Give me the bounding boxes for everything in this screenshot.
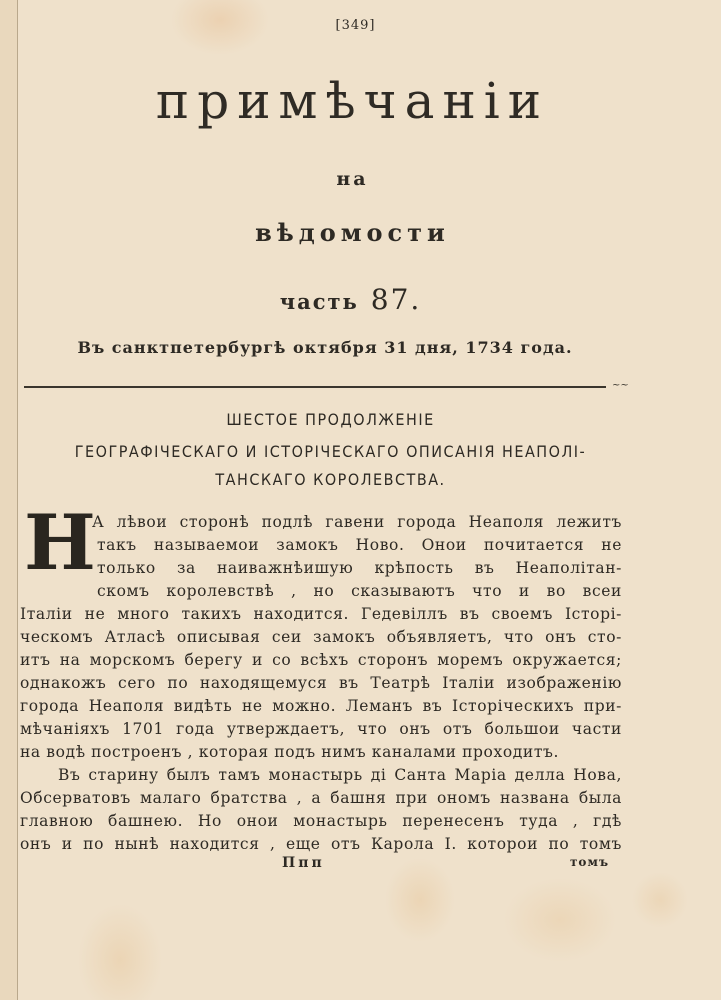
body-line: Обсерватовъ малаго братства , а башня пр… [20, 789, 622, 807]
body-line: ческомъ Атласѣ описывая сеи замокъ объяв… [20, 628, 622, 646]
drop-cap: Н [24, 510, 96, 576]
section-heading-line-3: ТАНСКАГО КОРОЛЕВСТВА. [20, 470, 641, 489]
body-line: скомъ королевствѣ , но сказываютъ что и … [97, 582, 622, 600]
part-number: 87. [371, 283, 422, 316]
catchword: томъ [570, 855, 609, 869]
body-line: итъ на морскомъ берегу и со всѣхъ сторон… [20, 651, 622, 669]
body-line: А лѣвои сторонѣ подлѣ гавени города Неап… [92, 513, 622, 531]
rule-ornament: ~~ [612, 380, 629, 391]
page-title: примѣчанiи [0, 72, 713, 130]
dateline: Въ санктпетербургѣ октября 31 дня, 1734 … [30, 338, 620, 357]
body-line: города Неаполя видѣть не можно. Леманъ в… [20, 697, 622, 715]
body-line: Въ старину былъ тамъ монастырь дi Санта … [58, 766, 622, 784]
body-line: главною башнею. Но онои монастырь перене… [20, 812, 622, 830]
subtitle-na: на [0, 168, 713, 190]
page-gutter [0, 0, 18, 1000]
page-number: [349] [0, 18, 716, 33]
section-heading-line-1: ШЕСТОЕ ПРОДОЛЖЕНIЕ [20, 410, 641, 429]
body-line: такъ называемои замокъ Ново. Онои почита… [97, 536, 622, 554]
subtitle-vedomosti: вѣдомости [0, 218, 713, 247]
body-line: мѣчанiяхъ 1701 года утверждаетъ, что онъ… [20, 720, 622, 738]
body-line: однакожъ сего по находящемуся въ Театрѣ … [20, 674, 622, 692]
body-line: Iталiи не много такихъ находится. Гедевi… [20, 605, 622, 623]
section-heading-line-2: ГЕОГРАФIЧЕСКАГО И IСТОРIЧЕСКАГО ОПИСАНIЯ… [20, 442, 641, 461]
part-label: часть [280, 289, 359, 314]
signature-mark: Ппп [282, 855, 325, 871]
horizontal-rule [24, 386, 606, 388]
body-line: только за наиважнѣишую крѣпость въ Неапо… [97, 559, 622, 577]
body-line: на водѣ построенъ , которая подъ нимъ ка… [20, 743, 605, 761]
body-line: онъ и по нынѣ находится , еще отъ Карола… [20, 835, 622, 853]
part-line: часть87. [0, 283, 711, 316]
